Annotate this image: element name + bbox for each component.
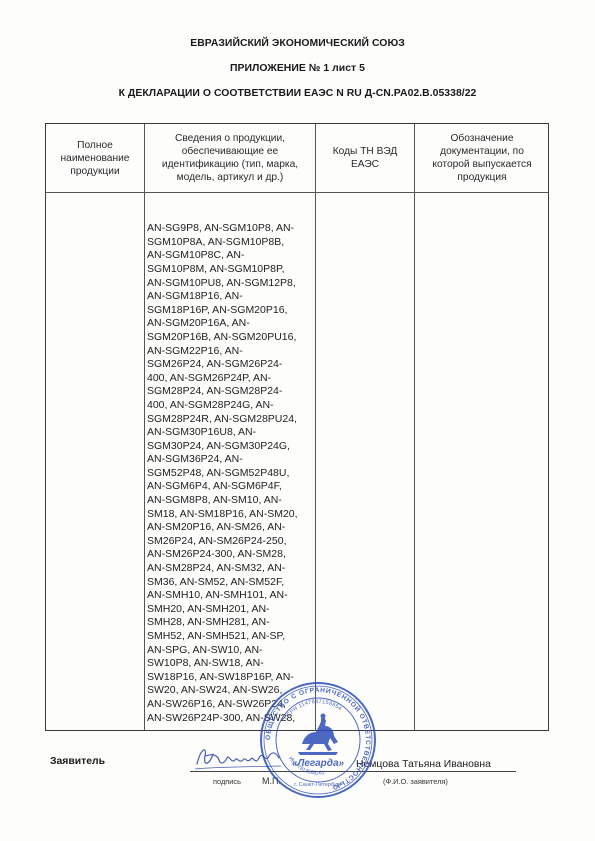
text-line: Обозначение bbox=[432, 132, 531, 145]
text-line: AN-SGM10PU8, AN-SGM12P8, bbox=[147, 277, 315, 291]
svg-text:ОГРН 1147847158854: ОГРН 1147847158854 bbox=[283, 699, 342, 721]
text-line: AN-SGM8P8, AN-SM10, AN- bbox=[147, 494, 315, 508]
text-line: SGM26P24, AN-SGM26P24- bbox=[147, 358, 315, 372]
text-line: AN-SGM22P16, AN- bbox=[147, 345, 315, 359]
text-line: SM36, AN-SM52, AN-SM52F, bbox=[147, 576, 315, 590]
text-line: AN-SM28P24, AN-SM32, AN- bbox=[147, 562, 315, 576]
text-line: SGM52P48, AN-SGM52P48U, bbox=[147, 467, 315, 481]
header-declaration-number: К ДЕКЛАРАЦИИ О СООТВЕТСТВИИ ЕАЭС N RU Д-… bbox=[0, 88, 595, 99]
text-line: 400, AN-SGM28P24G, AN- bbox=[147, 399, 315, 413]
text-line: AN-SGM10P8C, AN- bbox=[147, 249, 315, 263]
name-caption: (Ф.И.О. заявителя) bbox=[383, 777, 448, 786]
text-line: SGM10P8A, AN-SGM10P8B, bbox=[147, 236, 315, 250]
text-line: идентификацию (тип, марка, bbox=[162, 158, 298, 171]
text-line: SMH20, AN-SMH201, AN- bbox=[147, 603, 315, 617]
text-line: которой выпускается bbox=[432, 158, 531, 171]
column-header-identification: Сведения о продукции,обеспечивающие ееид… bbox=[145, 124, 315, 192]
text-line: SM26P24, AN-SM26P24-250, bbox=[147, 535, 315, 549]
table-cell-identification: AN-SG9P8, AN-SGM10P8, AN-SGM10P8A, AN-SG… bbox=[145, 193, 315, 752]
text-line: AN-SM26P24-300, AN-SM28, bbox=[147, 548, 315, 562]
text-line: продукции bbox=[61, 165, 130, 178]
signature-caption: подпись bbox=[213, 777, 241, 786]
company-stamp: ОБЩЕСТВО С ОГРАНИЧЕННОЙ ОТВЕТСТВЕННОСТЬЮ… bbox=[258, 680, 378, 800]
text-line: AN-SGM18P16, AN- bbox=[147, 290, 315, 304]
text-line: AN-SMH10, AN-SMH101, AN- bbox=[147, 589, 315, 603]
text-line: SGM28P24R, AN-SGM28PU24, bbox=[147, 413, 315, 427]
column-header-documentation: Обозначениедокументации, покоторой выпус… bbox=[415, 124, 549, 192]
text-line: SGM20P16B, AN-SGM20PU16, bbox=[147, 331, 315, 345]
text-line: AN-SGM6P4, AN-SGM6P4F, bbox=[147, 480, 315, 494]
text-line: модель, артикул и др.) bbox=[162, 171, 298, 184]
stamp-city-text: г. Санкт-Петербург bbox=[294, 782, 342, 788]
header-union-title: ЕВРАЗИЙСКИЙ ЭКОНОМИЧЕСКИЙ СОЮЗ bbox=[0, 38, 595, 49]
text-line: ЕАЭС bbox=[333, 158, 398, 171]
text-line: Полное bbox=[61, 139, 130, 152]
column-divider bbox=[315, 124, 316, 730]
text-line: SMH52, AN-SMH521, AN-SP, bbox=[147, 630, 315, 644]
text-line: AN-SG9P8, AN-SGM10P8, AN- bbox=[147, 222, 315, 236]
horseman-emblem-icon bbox=[298, 714, 338, 756]
header-appendix-title: ПРИЛОЖЕНИЕ № 1 лист 5 bbox=[0, 63, 595, 74]
text-line: наименование bbox=[61, 152, 130, 165]
text-line: SGM30P24, AN-SGM30P24G, bbox=[147, 440, 315, 454]
text-line: AN-SGM20P16A, AN- bbox=[147, 317, 315, 331]
text-line: Сведения о продукции, bbox=[162, 132, 298, 145]
text-line: продукция bbox=[432, 171, 531, 184]
text-line: SGM28P24, AN-SGM28P24- bbox=[147, 385, 315, 399]
applicant-label: Заявитель bbox=[50, 756, 105, 767]
text-line: AN-SM20P16, AN-SM26, AN- bbox=[147, 521, 315, 535]
text-line: обеспечивающие ее bbox=[162, 145, 298, 158]
text-line: SGM18P16P, AN-SGM20P16, bbox=[147, 304, 315, 318]
text-line: AN-SGM30P16U8, AN- bbox=[147, 426, 315, 440]
stamp-ogrn-text: ОГРН 1147847158854 bbox=[283, 699, 342, 721]
product-table: Полноенаименованиепродукции Сведения о п… bbox=[45, 123, 549, 731]
text-line: AN-SGM36P24, AN- bbox=[147, 453, 315, 467]
column-header-tn-ved-codes: Коды ТН ВЭДЕАЭС bbox=[316, 124, 414, 192]
text-line: SMH28, AN-SMH281, AN- bbox=[147, 616, 315, 630]
text-line: SW10P8, AN-SW18, AN- bbox=[147, 657, 315, 671]
text-line: SM18, AN-SM18P16, AN-SM20, bbox=[147, 508, 315, 522]
text-line: AN-SPG, AN-SW10, AN- bbox=[147, 644, 315, 658]
column-divider bbox=[414, 124, 415, 730]
column-header-product-name: Полноенаименованиепродукции bbox=[46, 124, 144, 192]
text-line: Коды ТН ВЭД bbox=[333, 145, 398, 158]
text-line: документации, по bbox=[432, 145, 531, 158]
text-line: 400, AN-SGM26P24P, AN- bbox=[147, 372, 315, 386]
text-line: SGM10P8M, AN-SGM10P8P, bbox=[147, 263, 315, 277]
